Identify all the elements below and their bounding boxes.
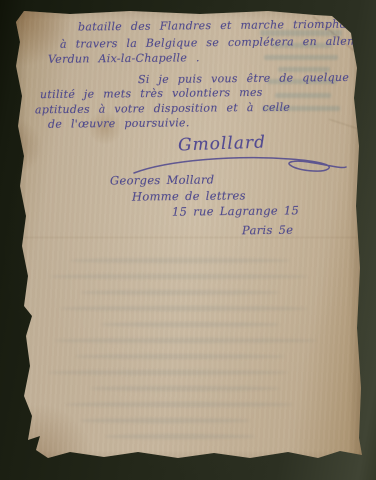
- signature: Gmollard: [178, 136, 266, 151]
- letter-paper-sheet: bataille des Flandres et marche triompha…: [10, 6, 362, 474]
- sender-name: Georges Mollard: [110, 173, 215, 186]
- bleedthrough-ghost-line: [70, 258, 290, 263]
- scan-background-mat: bataille des Flandres et marche triompha…: [0, 0, 376, 480]
- letter-body-line: bataille des Flandres et marche triompha…: [78, 19, 357, 34]
- bleedthrough-ghost-line: [80, 418, 250, 423]
- bleedthrough-ghost-line: [75, 354, 285, 359]
- bleedthrough-ghost-line: [50, 274, 308, 279]
- sender-street: 15 rue Lagrange 15: [172, 204, 299, 217]
- letter-body-line: utilité je mets très volontiers mes: [40, 87, 263, 101]
- bleedthrough-ghost-line: [55, 338, 317, 343]
- letter-body-line: Si je puis vous être de quelque: [138, 72, 349, 86]
- sender-city: Paris 5e: [242, 224, 293, 237]
- letter-body-line: de l'œuvre poursuivie.: [48, 117, 190, 130]
- sender-title: Homme de lettres: [132, 189, 246, 202]
- bleedthrough-letterhead: [275, 93, 331, 98]
- letter-body-line: à travers la Belgique se complétera en a…: [60, 35, 376, 50]
- paper-crease: [10, 237, 362, 238]
- bleedthrough-ghost-line: [90, 386, 280, 391]
- bleedthrough-ghost-line: [100, 322, 280, 327]
- bleedthrough-ghost-line: [48, 370, 288, 375]
- letter-body-line: aptitudes à votre disposition et à celle: [35, 102, 290, 117]
- letter-body-line: Verdun Aix-la-Chapelle .: [48, 52, 200, 66]
- paper-crease: [329, 119, 362, 130]
- bleedthrough-ghost-line: [65, 402, 293, 407]
- bleedthrough-letterhead: [264, 55, 338, 60]
- bleedthrough-ghost-line: [60, 306, 308, 311]
- bleedthrough-ghost-line: [105, 434, 255, 439]
- bleedthrough-ghost-line: [80, 290, 280, 295]
